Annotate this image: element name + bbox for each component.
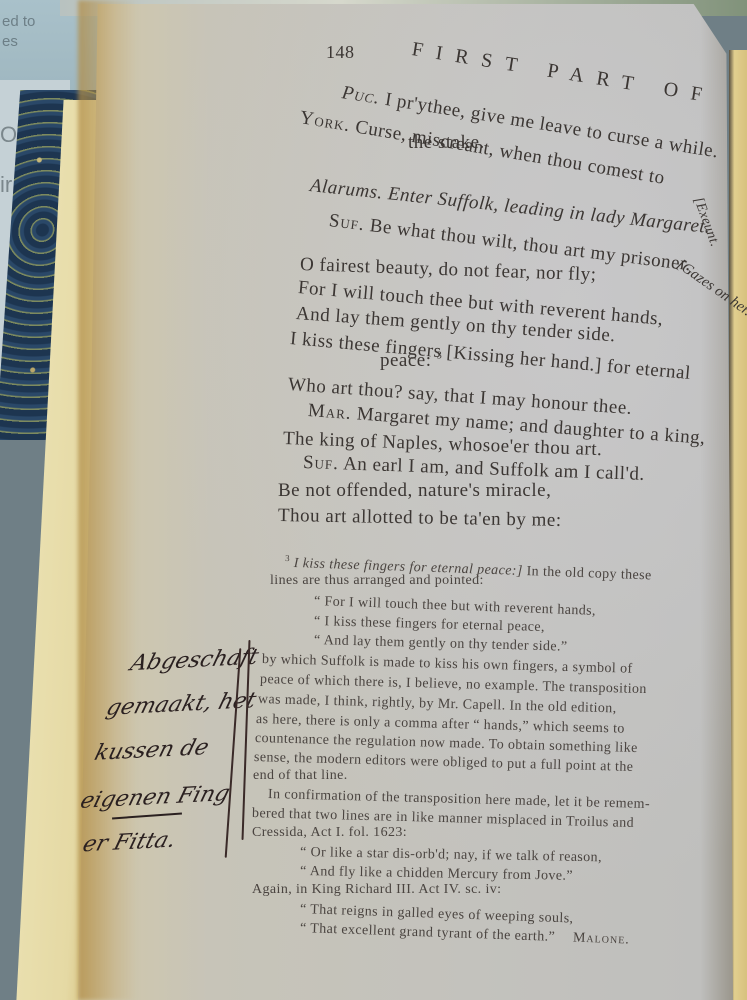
footnote-line: Again, in King Richard III. Act IV. sc. …: [252, 882, 501, 898]
speaker-name: Suf.: [328, 210, 366, 235]
footnote-line: In the old copy these: [526, 564, 651, 583]
footnote-ref[interactable]: 3: [437, 351, 443, 362]
background-paper-text: ed to es: [2, 12, 35, 52]
bg-text-line: O: [0, 110, 17, 160]
footnote-signature: Malone.: [573, 931, 630, 948]
marginalia-line: er Fitta.: [80, 828, 179, 858]
speaker-name: Mar.: [307, 400, 352, 424]
footnote-line: Cressida, Act I. fol. 1623:: [252, 825, 407, 841]
bg-text-line: ed to: [2, 12, 35, 32]
play-line: Be not offended, nature's miracle,: [278, 480, 551, 502]
footnote-line: end of that line.: [253, 768, 348, 784]
bg-text-line: es: [2, 32, 35, 52]
page-number: 148: [326, 42, 355, 63]
line-text: peace:: [380, 350, 432, 371]
speaker-name: Suf.: [303, 452, 340, 474]
play-line: the stake.: [408, 132, 485, 154]
footnote-line: lines are thus arranged and pointed:: [270, 573, 484, 589]
play-line: peace: 3: [380, 350, 442, 372]
footnote-marker: 3: [285, 553, 290, 563]
